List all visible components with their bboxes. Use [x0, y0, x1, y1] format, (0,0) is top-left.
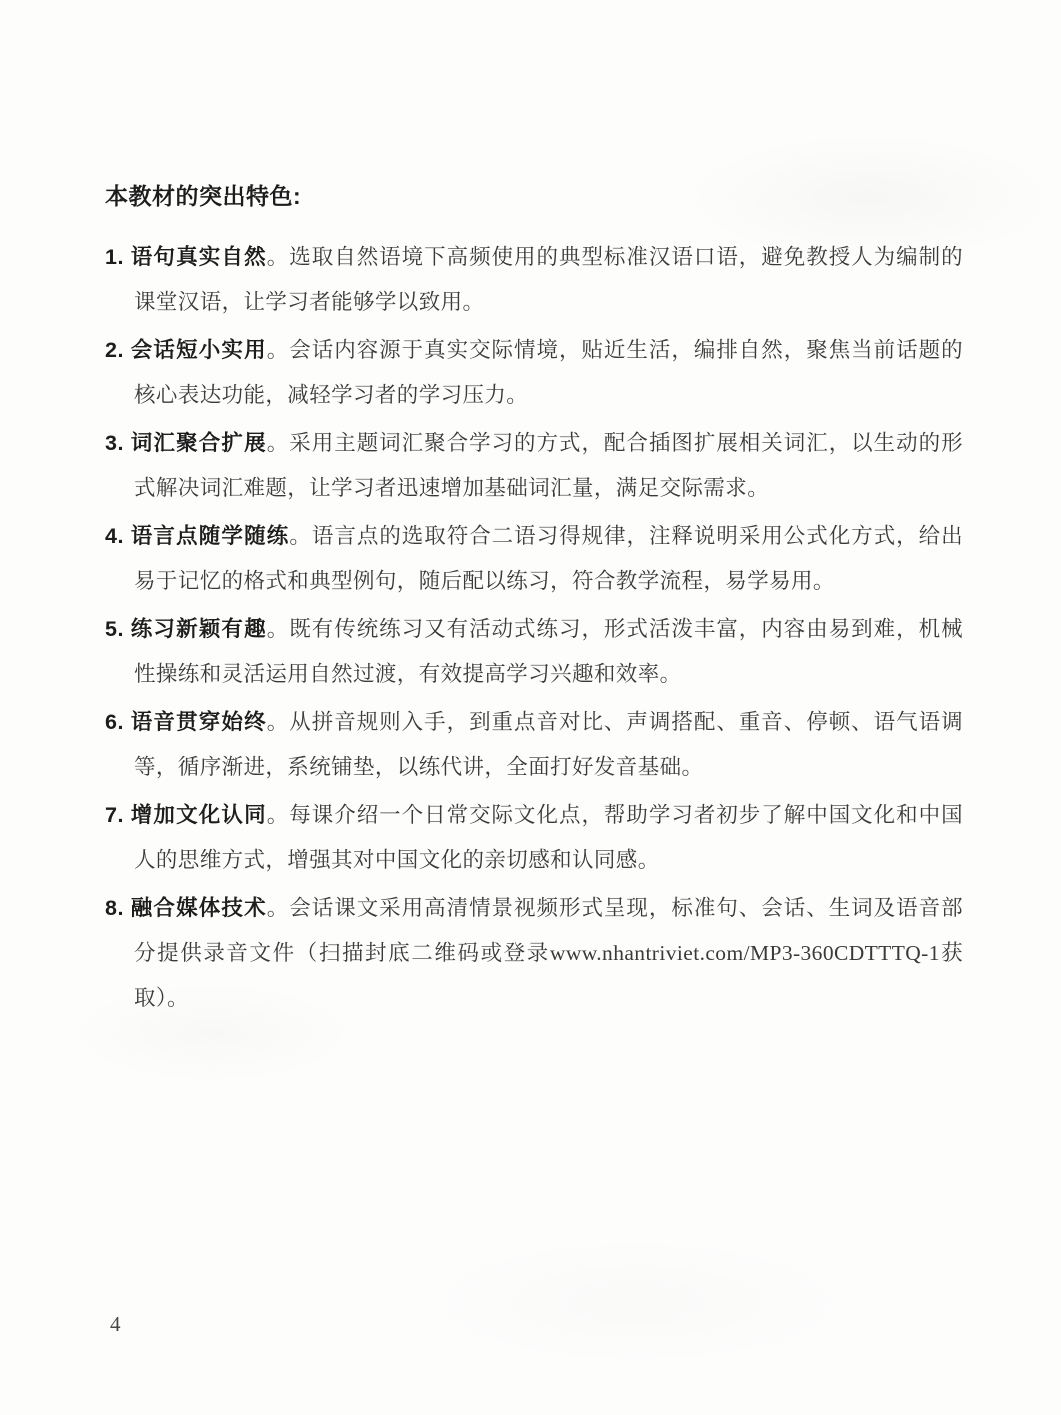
book-page: 本教材的突出特色: 1.语句真实自然。选取自然语境下高频使用的典型标准汉语口语，… [0, 0, 1061, 1415]
item-title-period: 。 [267, 710, 289, 734]
feature-list: 1.语句真实自然。选取自然语境下高频使用的典型标准汉语口语，避免教授人为编制的课… [105, 235, 963, 1021]
item-title-period: 。 [267, 617, 289, 641]
item-number: 8. [105, 896, 124, 920]
item-title: 练习新颖有趣 [130, 617, 267, 641]
item-number: 6. [105, 710, 124, 734]
item-title: 增加文化认同 [130, 803, 267, 827]
item-number: 3. [105, 431, 124, 455]
item-number: 7. [105, 803, 124, 827]
page-number: 4 [110, 1312, 121, 1337]
list-item: 5.练习新颖有趣。既有传统练习又有活动式练习，形式活泼丰富，内容由易到难，机械性… [105, 607, 963, 697]
item-title-period: 。 [267, 431, 289, 455]
item-title-period: 。 [267, 896, 289, 920]
item-title: 语音贯穿始终 [130, 710, 267, 734]
item-title-period: 。 [289, 524, 311, 548]
item-number: 4. [105, 524, 124, 548]
list-item: 3.词汇聚合扩展。采用主题词汇聚合学习的方式，配合插图扩展相关词汇，以生动的形式… [105, 421, 963, 511]
item-title: 融合媒体技术 [130, 896, 267, 920]
list-item: 8.融合媒体技术。会话课文采用高清情景视频形式呈现，标准句、会话、生词及语音部分… [105, 886, 963, 1021]
item-title-period: 。 [267, 803, 289, 827]
item-title-period: 。 [267, 338, 289, 362]
item-title: 词汇聚合扩展 [130, 431, 267, 455]
page-title: 本教材的突出特色: [105, 181, 963, 211]
list-item: 1.语句真实自然。选取自然语境下高频使用的典型标准汉语口语，避免教授人为编制的课… [105, 235, 963, 325]
item-title: 语句真实自然 [130, 245, 267, 269]
list-item: 2.会话短小实用。会话内容源于真实交际情境，贴近生活，编排自然，聚焦当前话题的核… [105, 328, 963, 418]
item-title: 语言点随学随练 [130, 524, 289, 548]
list-item: 6.语音贯穿始终。从拼音规则入手，到重点音对比、声调搭配、重音、停顿、语气语调等… [105, 700, 963, 790]
list-item: 7.增加文化认同。每课介绍一个日常交际文化点，帮助学习者初步了解中国文化和中国人… [105, 793, 963, 883]
item-title-period: 。 [267, 245, 289, 269]
item-number: 5. [105, 617, 124, 641]
item-title: 会话短小实用 [130, 338, 267, 362]
item-number: 2. [105, 338, 124, 362]
item-number: 1. [105, 245, 124, 269]
list-item: 4.语言点随学随练。语言点的选取符合二语习得规律，注释说明采用公式化方式，给出易… [105, 514, 963, 604]
